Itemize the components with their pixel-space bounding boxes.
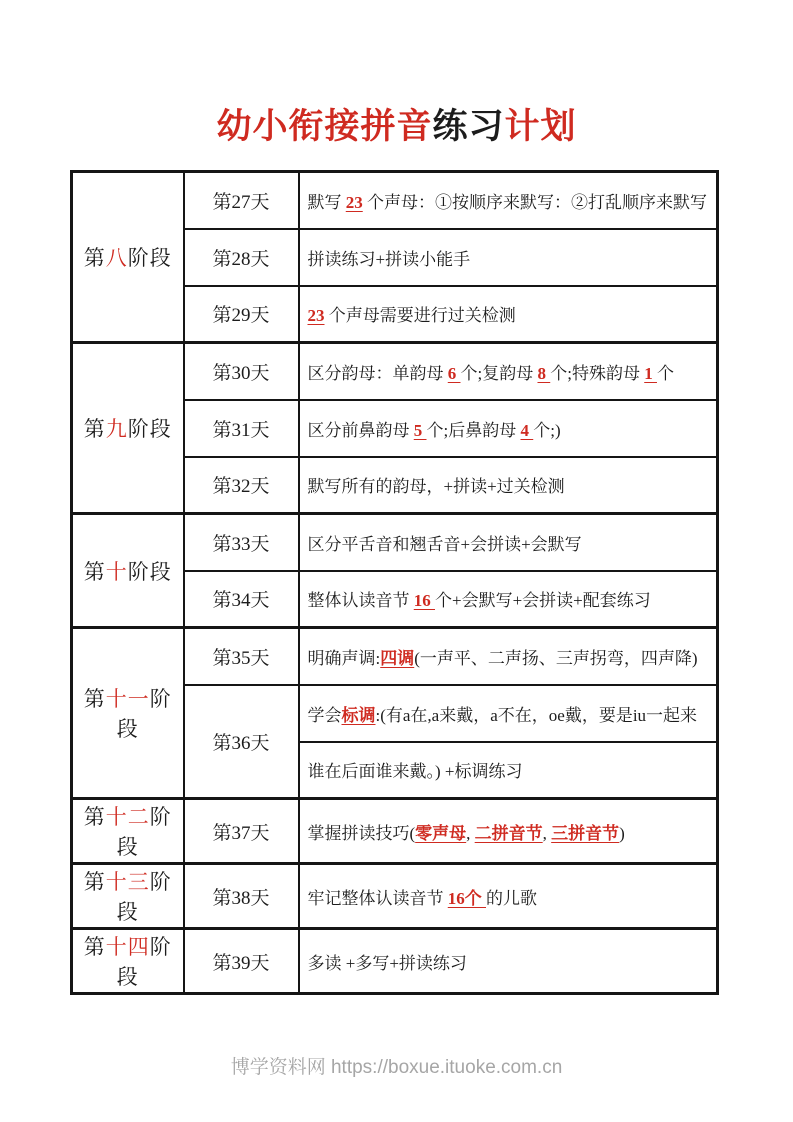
table-row: 第九阶段 第30天 区分韵母：单韵母 6 个;复韵母 8 个;特殊韵母 1 个 xyxy=(72,343,718,400)
day-cell-32: 第32天 xyxy=(184,457,299,514)
content-cell-33: 区分平舌音和翘舌音+会拼读+会默写 xyxy=(299,514,718,571)
stage-cell-11: 第十一阶段 xyxy=(72,628,184,799)
day-cell-28: 第28天 xyxy=(184,229,299,286)
content-cell-32: 默写所有的韵母，+拼读+过关检测 xyxy=(299,457,718,514)
schedule-table: 第八阶段 第27天 默写 23 个声母：①按顺序来默写：②打乱顺序来默写 第28… xyxy=(70,170,719,995)
content-cell-31: 区分前鼻韵母 5 个;后鼻韵母 4 个;) xyxy=(299,400,718,457)
content-cell-38: 牢记整体认读音节 16个 的儿歌 xyxy=(299,864,718,929)
footer-watermark: 博学资料网 https://boxue.ituoke.com.cn xyxy=(0,1052,793,1079)
table-row: 第十三阶段 第38天 牢记整体认读音节 16个 的儿歌 xyxy=(72,864,718,929)
day-cell-37: 第37天 xyxy=(184,799,299,864)
day-cell-31: 第31天 xyxy=(184,400,299,457)
content-cell-34: 整体认读音节 16 个+会默写+会拼读+配套练习 xyxy=(299,571,718,628)
stage-cell-10: 第十阶段 xyxy=(72,514,184,628)
day-cell-38: 第38天 xyxy=(184,864,299,929)
content-cell-27: 默写 23 个声母：①按顺序来默写：②打乱顺序来默写 xyxy=(299,172,718,229)
stage-cell-8: 第八阶段 xyxy=(72,172,184,343)
stage-cell-9: 第九阶段 xyxy=(72,343,184,514)
day-cell-33: 第33天 xyxy=(184,514,299,571)
day-cell-30: 第30天 xyxy=(184,343,299,400)
document-page: { "title": { "segments": [ ["幼小衔接拼音", "r… xyxy=(0,0,793,1122)
stage-cell-13: 第十三阶段 xyxy=(72,864,184,929)
day-cell-39: 第39天 xyxy=(184,929,299,994)
table-row: 第八阶段 第27天 默写 23 个声母：①按顺序来默写：②打乱顺序来默写 xyxy=(72,172,718,229)
table-row: 第十二阶段 第37天 掌握拼读技巧(零声母, 二拼音节, 三拼音节) xyxy=(72,799,718,864)
content-cell-29: 23 个声母需要进行过关检测 xyxy=(299,286,718,343)
table-row: 第十一阶段 第35天 明确声调:四调(一声平、二声扬、三声拐弯，四声降) xyxy=(72,628,718,685)
day-cell-29: 第29天 xyxy=(184,286,299,343)
day-cell-36: 第36天 xyxy=(184,685,299,799)
day-cell-35: 第35天 xyxy=(184,628,299,685)
content-cell-30: 区分韵母：单韵母 6 个;复韵母 8 个;特殊韵母 1 个 xyxy=(299,343,718,400)
table-row: 第十四阶段 第39天 多读 +多写+拼读练习 xyxy=(72,929,718,994)
page-title: 幼小衔接拼音练习计划 xyxy=(0,104,793,150)
content-cell-28: 拼读练习+拼读小能手 xyxy=(299,229,718,286)
content-cell-36b: 谁在后面谁来戴。) +标调练习 xyxy=(299,742,718,799)
content-cell-37: 掌握拼读技巧(零声母, 二拼音节, 三拼音节) xyxy=(299,799,718,864)
content-cell-39: 多读 +多写+拼读练习 xyxy=(299,929,718,994)
stage-cell-14: 第十四阶段 xyxy=(72,929,184,994)
day-cell-27: 第27天 xyxy=(184,172,299,229)
content-cell-35: 明确声调:四调(一声平、二声扬、三声拐弯，四声降) xyxy=(299,628,718,685)
stage-cell-12: 第十二阶段 xyxy=(72,799,184,864)
table-row: 第十阶段 第33天 区分平舌音和翘舌音+会拼读+会默写 xyxy=(72,514,718,571)
content-cell-36a: 学会标调:(有a在,a来戴，a不在，oe戴，要是iu一起来 xyxy=(299,685,718,742)
day-cell-34: 第34天 xyxy=(184,571,299,628)
